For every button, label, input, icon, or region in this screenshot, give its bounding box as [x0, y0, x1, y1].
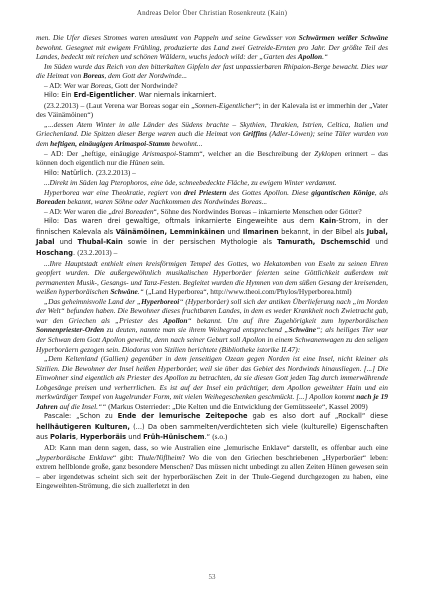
text-segment: Boreas	[90, 81, 111, 90]
text-segment: ...Direkt im Süden lag Pterophoros, eine…	[44, 178, 337, 187]
document-page: Andreas Delor Über Christian Rosenkreutz…	[0, 0, 424, 600]
text-segment: Boreaden	[36, 197, 66, 206]
text-segment: Sonnenpriester-Orden	[36, 325, 104, 334]
text-segment: hellhäutigeren Kulturen,	[36, 423, 130, 431]
text-segment: , dem Gott der Nordwinde...	[104, 71, 187, 80]
text-segment: men. Die Ufer dieses Stromes waren umsäu…	[36, 33, 299, 42]
text-segment: Schwäne	[110, 287, 138, 296]
running-head: Andreas Delor Über Christian Rosenkreutz…	[0, 9, 424, 17]
text-segment: „Dem Keltenland (Gallien) gegenüber in d…	[36, 354, 388, 401]
document-body: men. Die Ufer dieses Stromes waren umsäu…	[36, 33, 388, 491]
text-segment: drei Boreaden	[112, 207, 154, 216]
paragraph: – AD: Wer war Boreas, Gott der Nordwinde…	[36, 81, 388, 91]
paragraph: „Dem Keltenland (Gallien) gegenüber in d…	[36, 354, 388, 411]
paragraph: – AD: Der „heftige, einäugige Arismaspoi…	[36, 149, 388, 168]
text-segment: bekannt, in der Bibel als	[279, 228, 367, 236]
text-segment: und	[126, 433, 143, 441]
text-segment: Hyperboräis	[80, 433, 126, 441]
text-segment: „Das geheimnisvolle Land der „	[44, 297, 141, 306]
text-segment: zu deuten, nannte man sie ihrem Weihegra…	[104, 325, 288, 334]
text-segment: Hyperborea war eine Theokratie, regiert …	[44, 188, 184, 197]
text-segment: hyperboräische Enklave	[39, 453, 113, 462]
paragraph: men. Die Ufer dieses Stromes waren umsäu…	[36, 33, 388, 62]
paragraph: Hilo: Natürlich. (23.2.2013) –	[36, 168, 388, 179]
text-segment: “ bekannt. Um auf ihre Zugehörigkeit zum…	[187, 316, 388, 325]
text-segment: Arismaspoi	[142, 149, 176, 158]
paragraph: Hilo: Das waren drei gewaltige, oftmals …	[36, 216, 388, 258]
paragraph: – AD: Wer waren die „drei Boreaden“, Söh…	[36, 207, 388, 217]
text-segment: gigantischen Könige	[311, 188, 375, 197]
text-segment: .“	[138, 287, 146, 296]
paragraph: „Das geheimnisvolle Land der „Hyperboreo…	[36, 297, 388, 354]
text-segment: und	[370, 238, 388, 246]
text-segment: Hilo: Ein	[44, 91, 74, 99]
text-segment: bewohnt...	[170, 139, 202, 148]
paragraph: Pascale: „Schon zu Ende der lemurische Z…	[36, 411, 388, 443]
paragraph: Hilo: Ein Erd-Eigentlicher. War niemals …	[36, 90, 388, 101]
text-segment: – AD: Wer war	[44, 81, 90, 90]
text-segment: (23.2.2013) – (Laut Verena war Boreas so…	[44, 101, 195, 110]
text-segment: (23.2.2013) –	[77, 248, 117, 257]
text-segment: Hilo: Das waren drei gewaltige, oftmals …	[44, 217, 319, 225]
text-segment: . War niemals inkarniert.	[134, 91, 216, 99]
text-segment: Sonnen-Eigentlicher	[195, 101, 256, 110]
text-segment: und	[225, 228, 243, 236]
text-segment: Ende der lemurische Zeitepoche	[118, 412, 248, 420]
text-segment: („Land Hyperborea“, http://www.theoi.com…	[146, 287, 352, 296]
text-segment: und	[55, 238, 78, 246]
paragraph: Hyperborea war eine Theokratie, regiert …	[36, 188, 388, 207]
text-segment: (23.2.2013) –	[96, 168, 136, 177]
text-segment: Boreas	[83, 71, 104, 80]
paragraph: „...dessen Atem Winter in alle Länder de…	[36, 120, 388, 149]
text-segment: Hilo: Natürlich.	[44, 169, 96, 177]
text-segment: Väinämöinen, Lemminkäinen	[116, 228, 225, 236]
text-segment: gab es also dort auf „Rockall“ diese	[248, 412, 388, 420]
text-segment: – AD: Wer waren die „	[44, 207, 112, 216]
text-segment: Tamurath, Dschemschid	[277, 238, 370, 246]
text-segment: Erd-Eigentlicher	[74, 91, 135, 99]
text-segment: Polaris	[50, 433, 76, 441]
paragraph: ...Direkt im Süden lag Pterophoros, eine…	[36, 178, 388, 188]
text-segment: drei Priestern	[184, 188, 227, 197]
text-segment: , als	[375, 188, 388, 197]
text-segment: Griffins	[243, 129, 267, 138]
text-segment: .“	[322, 52, 328, 61]
text-segment: des Gottes Apollon. Diese	[227, 188, 312, 197]
text-segment: Schwärmen weißer Schwäne	[299, 33, 388, 42]
text-segment: – AD: Der „heftige, einäugige	[44, 149, 142, 158]
text-segment: Ilmarinen	[243, 228, 279, 236]
text-segment: Hoschang	[36, 249, 73, 257]
text-segment: sowie in der persischen Mythologie als	[123, 238, 277, 246]
text-segment: Apollon	[163, 316, 187, 325]
text-segment: Thubal-Kain	[78, 238, 123, 246]
text-segment: auf die Insel.““	[58, 402, 108, 411]
paragraph: (23.2.2013) – (Laut Verena war Boreas so…	[36, 101, 388, 120]
text-segment: Schwäne	[289, 325, 317, 334]
text-segment: Hünen	[129, 158, 149, 167]
page-number: 53	[0, 573, 424, 581]
text-segment: , Gott der Nordwinde?	[111, 81, 178, 90]
text-segment: bekannt, waren Söhne oder Nachkommen des…	[66, 197, 268, 206]
paragraph: AD: Kann man denn sagen, dass, so wie Au…	[36, 443, 388, 491]
text-segment: Früh-Hünischem	[143, 433, 204, 441]
text-segment: (Markus Osterrieder: „Die Kelten und die…	[108, 402, 368, 411]
text-segment: Hyperboreoi	[141, 297, 179, 306]
text-segment: Pascale: „Schon zu	[44, 412, 118, 420]
text-segment: Thule/Niflheim	[137, 453, 181, 462]
text-segment: bewohnt. Gesegnet mit ewigem Frühling, p…	[36, 43, 388, 62]
text-segment: Zyklopen	[314, 149, 341, 158]
text-segment: Apollon	[298, 52, 322, 61]
text-segment: “ gibt:	[113, 453, 138, 462]
text-segment: (s.o.)	[212, 432, 227, 441]
text-segment: sein.	[149, 158, 165, 167]
text-segment: -Stamm“, welcher an die Beschreibung der	[176, 149, 314, 158]
text-segment: heftigen, einäugigen Arimaspoi-Stamm	[50, 139, 170, 148]
paragraph: ...Ihre Hauptstadt enthielt einen kreisf…	[36, 259, 388, 297]
text-segment: “, Söhne des Nordwindes Boreas – inkarni…	[154, 207, 362, 216]
paragraph: Im Süden wurde das Reich von den bitterk…	[36, 62, 388, 81]
text-segment: Kain	[319, 217, 336, 225]
